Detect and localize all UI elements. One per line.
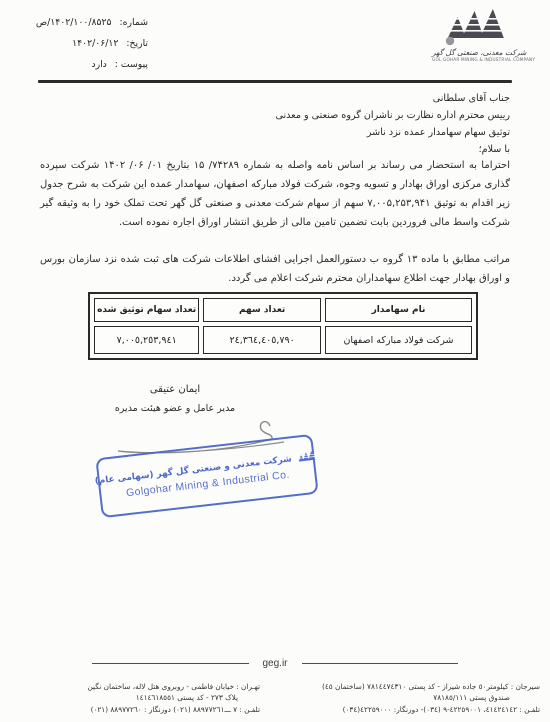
letter-attachment-label: پیوست : [115,54,148,75]
letter-attachment-row: پیوست : دارد [16,54,148,75]
logo-caption-english: GOL GOHAR MINING & INDUSTRIAL COMPANY [432,57,518,63]
header-share-count: تعداد سهم [203,298,321,322]
header-pledged-share-count: تعداد سهام توثیق شده [94,298,199,322]
letter-subject: توثیق سهام سهامدار عمده نزد ناشر [40,124,510,141]
table-row: شرکت فولاد مبارکه اصفهان ٢٤,٣٦٤,٤٠٥,٧٩٠ … [92,324,474,356]
letter-attachment-value: دارد [91,54,106,75]
logo-caption-farsi: شرکت معدنی، صنعتی گل گهر [432,48,518,57]
recipient-title: رییس محترم اداره نظارت بر ناشران گروه صن… [40,107,510,124]
signature-block: ایمان عتیقی مدیر عامل و عضو هیئت مدیره [85,380,265,418]
pledged-shares-table: نام سهامدار تعداد سهم تعداد سهام توثیق ش… [88,292,478,360]
sirjan-address-block: سیرجان : کیلومتر٥٠ جاده شیراز - کد پستی … [272,682,540,716]
footer-divider: geg.ir [92,655,458,671]
cell-shareholder-name: شرکت فولاد مبارکه اصفهان [325,326,472,354]
body-paragraph-2: مراتب مطابق با ماده ۱۳ گروه ب دستورالعمل… [40,250,510,288]
cell-share-count: ٢٤,٣٦٤,٤٠٥,٧٩٠ [203,326,321,354]
signatory-name: ایمان عتیقی [85,380,265,400]
table-header-row: نام سهامدار تعداد سهم تعداد سهام توثیق ش… [92,296,474,324]
cell-pledged-share-count: ٧,٠٠٥,٢٥٣,٩٤١ [94,326,199,354]
tehran-postcode-line: پلاک ٢٧٣ - کد پستی ١٤١٤٦١٨٥٥١ [30,693,260,704]
sirjan-phone-line: تلفـن : ٤١٤٢٤١٤٢، ٤٢٢٥٩٠٠١-٩ (٠٣٤)- دورن… [272,705,540,716]
tehran-address-block: تهـران : خیابان فاطمی - روبروی هتل لاله،… [30,682,260,716]
tehran-address-line: تهـران : خیابان فاطمی - روبروی هتل لاله،… [30,682,260,693]
letter-number-row: شماره: ۱۴۰۲/۱۰۰/۸۵۲۵/ص [16,12,148,33]
letter-date-row: تاریخ: ۱۴۰۲/۰۶/۱۲ [16,33,148,54]
tehran-phone-line: تلفـن : ۷ ـــ٨٨٩٧٧٢٦١ (٠٢١) دورنگار : ٨٨… [30,705,260,716]
footer-divider-right-line [302,663,459,664]
scanned-letter-document: شرکت معدنی، صنعتی گل گهر GOL GOHAR MININ… [0,0,550,722]
body-paragraph-1: احتراما به استحضار می رساند بر اساس نامه… [40,156,510,232]
letter-date-value: ۱۴۰۲/۰۶/۱۲ [72,33,118,54]
letter-meta-block: شماره: ۱۴۰۲/۱۰۰/۸۵۲۵/ص تاریخ: ۱۴۰۲/۰۶/۱۲… [16,12,148,75]
sirjan-pobox-line: صندوق پستی ٧٨١٨٥/١١١ [272,693,540,704]
header-shareholder-name: نام سهامدار [325,298,472,322]
website-text: geg.ir [263,658,288,669]
company-logo-icon [438,8,512,48]
sirjan-address-line: سیرجان : کیلومتر٥٠ جاده شیراز - کد پستی … [272,682,540,693]
letter-date-label: تاریخ: [126,33,148,54]
company-letterhead: شرکت معدنی، صنعتی گل گهر GOL GOHAR MININ… [432,8,518,63]
letter-number-value: ۱۴۰۲/۱۰۰/۸۵۲۵/ص [36,12,112,33]
stamp-logo-icon [295,449,318,464]
recipient-block: جناب آقای سلطانی رییس محترم اداره نظارت … [40,90,510,158]
header-divider [38,80,512,83]
footer-divider-left-line [92,663,249,664]
recipient-name: جناب آقای سلطانی [40,90,510,107]
letter-number-label: شماره: [120,12,149,33]
